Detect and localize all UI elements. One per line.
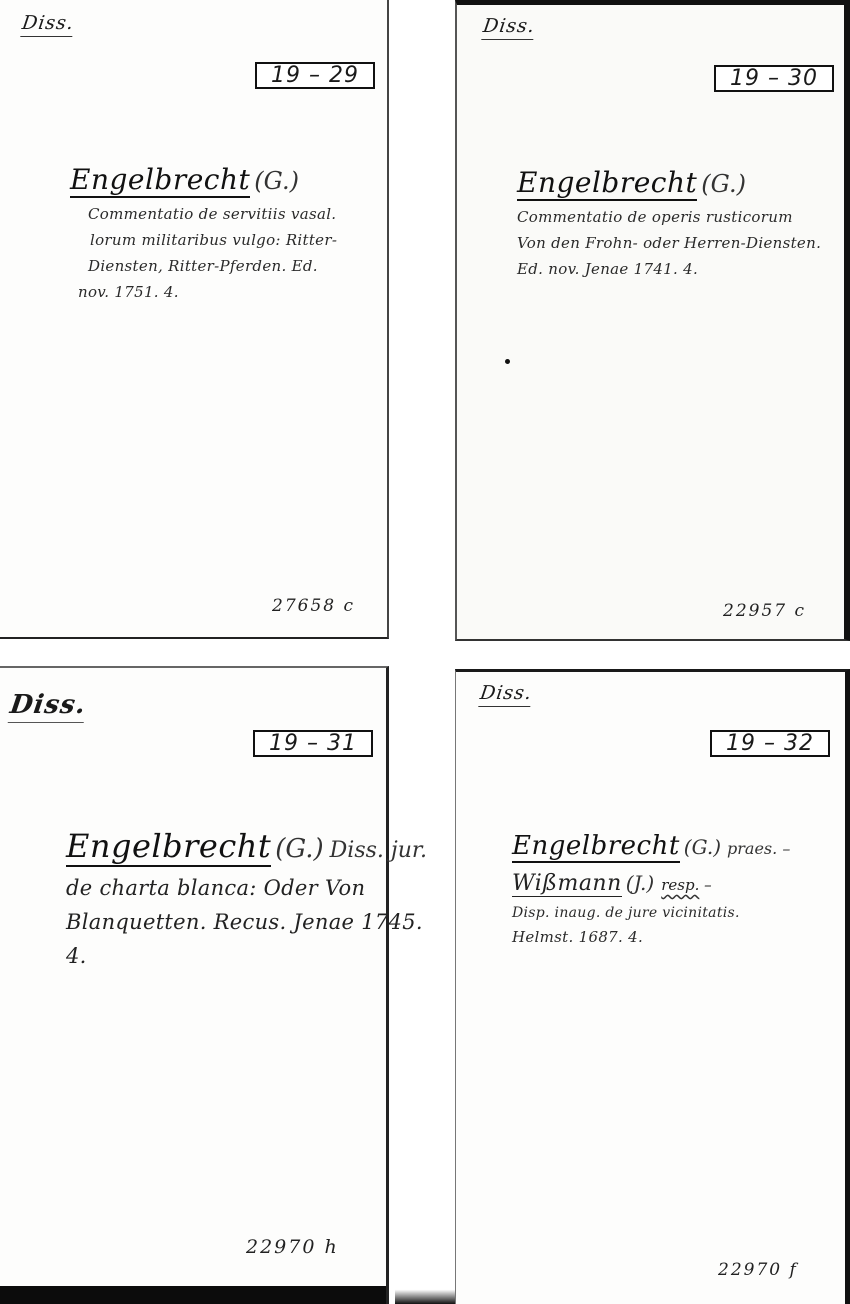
call-number: 19 – 29 [255,62,375,89]
respondent-role: resp. [661,876,699,894]
catalog-entry: Engelbrecht(G.) Commentatio de servitiis… [70,160,337,305]
ink-spot [505,359,510,364]
entry-line: Helmst. 1687. 4. [512,925,790,949]
call-number: 19 – 32 [710,730,830,757]
heading: Engelbrecht(G.) [517,163,821,204]
catalog-entry: Engelbrecht(G.)praes. – Wißmann(J.) resp… [512,828,790,949]
heading-tail: Diss. jur. [330,838,427,863]
entry-line: Von den Frohn- oder Herren-Diensten. [517,230,821,256]
heading: Engelbrecht(G.)Diss. jur. [66,826,427,871]
heading: Engelbrecht(G.) [70,160,337,201]
catalog-card-19-30: Diss. 19 – 30 Engelbrecht(G.) Commentati… [455,0,850,641]
category-label: Diss. [478,682,533,707]
author-surname: Engelbrecht [517,166,697,201]
heading-tail: praes. – [727,839,790,858]
second-heading: Wißmann(J.) resp. – [512,867,790,901]
accession-number: 22957 c [723,601,806,621]
author-initial: (G.) [684,835,721,859]
entry-line: Commentatio de operis rusticorum [517,204,821,230]
catalog-card-19-31: Diss. 19 – 31 Engelbrecht(G.)Diss. jur. … [0,666,389,1304]
entry-line: Blanquetten. Recus. Jenae 1745. [66,905,427,939]
accession-number: 27658 c [272,596,355,616]
heading: Engelbrecht(G.)praes. – [512,828,790,867]
respondent-tail: – [699,876,711,894]
accession-number: 22970 f [718,1260,798,1280]
author-initial: (G.) [701,170,746,198]
author-surname: Engelbrecht [70,163,250,198]
respondent-surname: Wißmann [512,871,622,897]
author-initial: (G.) [275,834,323,864]
catalog-card-19-29: Diss. 19 – 29 Engelbrecht(G.) Commentati… [0,0,389,639]
entry-line: Ed. nov. Jenae 1741. 4. [517,256,821,282]
entry-line: nov. 1751. 4. [78,279,337,305]
entry-line: 4. [66,939,427,973]
entry-line: Disp. inaug. de jure vicinitatis. [512,901,790,925]
category-label: Diss. [481,15,536,40]
respondent-initial: (J.) [626,871,654,895]
call-number: 19 – 30 [714,65,834,92]
accession-number: 22970 h [246,1236,339,1258]
catalog-entry: Engelbrecht(G.) Commentatio de operis ru… [517,163,821,282]
entry-line: Commentatio de servitiis vasal. [88,201,337,227]
author-surname: Engelbrecht [66,827,271,867]
entry-line: Diensten, Ritter-Pferden. Ed. [88,253,337,279]
category-label: Diss. [8,690,88,723]
scan-edge [395,1280,455,1304]
scan-edge [0,1286,386,1304]
author-initial: (G.) [254,167,299,195]
catalog-entry: Engelbrecht(G.)Diss. jur. de charta blan… [66,826,427,973]
entry-line: de charta blanca: Oder Von [66,871,427,905]
call-number: 19 – 31 [253,730,373,757]
entry-line: lorum militaribus vulgo: Ritter- [90,227,337,253]
category-label: Diss. [20,12,75,37]
author-surname: Engelbrecht [512,831,680,863]
catalog-card-19-32: Diss. 19 – 32 Engelbrecht(G.)praes. – Wi… [455,669,850,1304]
